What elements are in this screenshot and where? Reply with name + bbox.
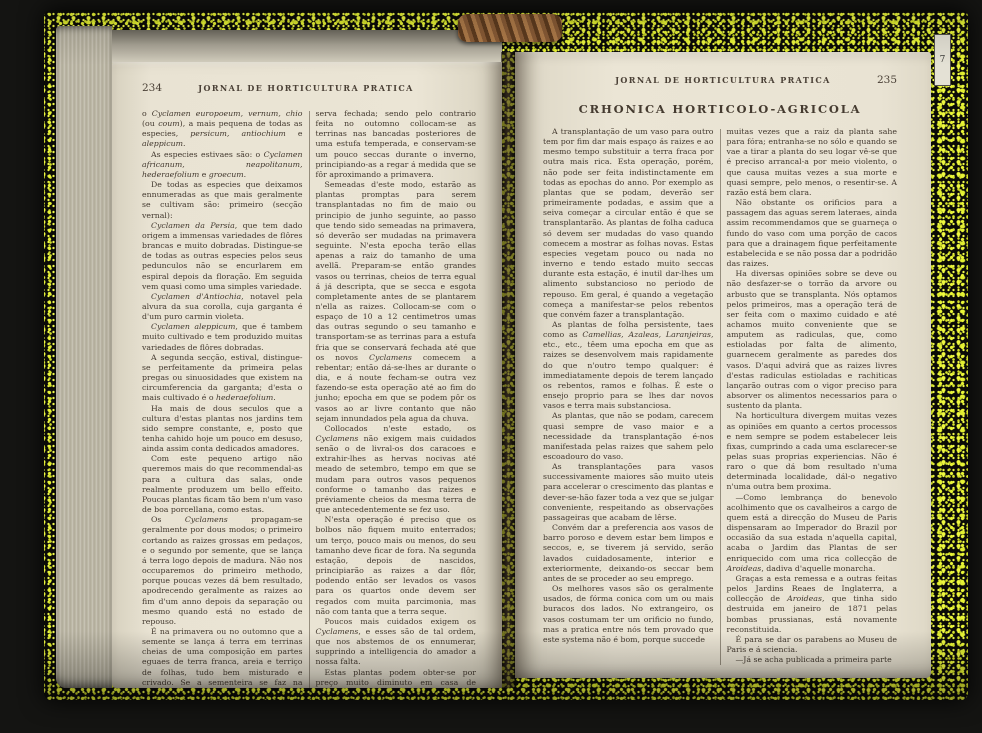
photo-background: 234 JORNAL DE HORTICULTURA PRATICA o Cyc… bbox=[0, 0, 982, 733]
cover-shadow-overlay bbox=[44, 10, 968, 700]
